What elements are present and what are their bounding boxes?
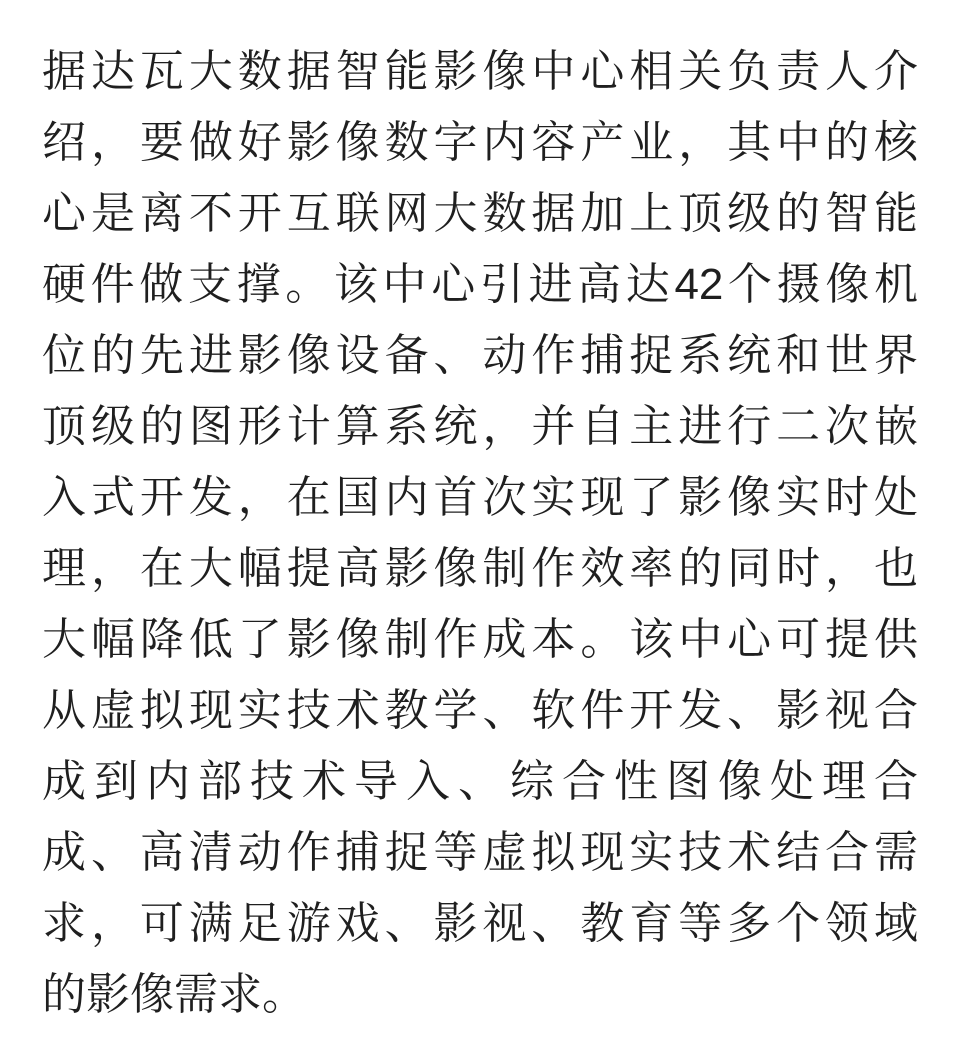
text-line: 大幅降低了影像制作成本。该中心可提供 bbox=[42, 604, 918, 675]
text-line: 心是离不开互联网大数据加上顶级的智能 bbox=[42, 178, 918, 249]
text-line: 从虚拟现实技术教学、软件开发、影视合 bbox=[42, 675, 918, 746]
text-line: 求，可满足游戏、影视、教育等多个领域 bbox=[42, 888, 918, 959]
text-line: 绍，要做好影像数字内容产业，其中的核 bbox=[42, 107, 918, 178]
text-line: 成、高清动作捕捉等虚拟现实技术结合需 bbox=[42, 817, 918, 888]
article-page: 据达瓦大数据智能影像中心相关负责人介 绍，要做好影像数字内容产业，其中的核 心是… bbox=[0, 0, 960, 1040]
text-line: 据达瓦大数据智能影像中心相关负责人介 bbox=[42, 36, 918, 107]
text-line-last: 的影像需求。 bbox=[42, 959, 918, 1030]
text-line: 成到内部技术导入、综合性图像处理合 bbox=[42, 746, 918, 817]
text-line: 顶级的图形计算系统，并自主进行二次嵌 bbox=[42, 391, 918, 462]
text-line: 位的先进影像设备、动作捕捉系统和世界 bbox=[42, 320, 918, 391]
text-line: 入式开发，在国内首次实现了影像实时处 bbox=[42, 462, 918, 533]
article-paragraph: 据达瓦大数据智能影像中心相关负责人介 绍，要做好影像数字内容产业，其中的核 心是… bbox=[42, 36, 918, 1030]
text-line: 硬件做支撑。该中心引进高达42个摄像机 bbox=[42, 249, 918, 320]
text-line: 理，在大幅提高影像制作效率的同时，也 bbox=[42, 533, 918, 604]
